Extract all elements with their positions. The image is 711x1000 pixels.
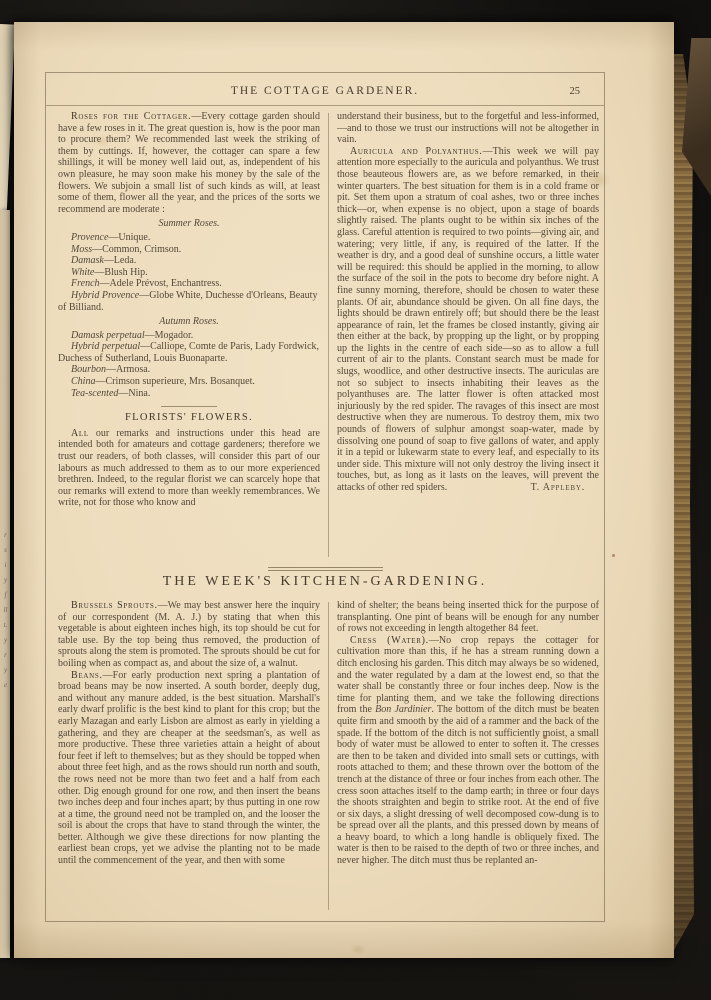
article-roses-for-the-cottager: Roses for the Cottager.—Every cottage ga… — [58, 111, 320, 215]
article-separator-rule — [161, 406, 217, 407]
article-auricula-and-polyanthus: Auricula and Polyanthus.—This week we wi… — [337, 146, 599, 494]
page-border-frame: THE COTTAGE GARDENER. 25 Roses for the C… — [45, 72, 605, 922]
journal-title: THE COTTAGE GARDENER. — [46, 85, 604, 97]
article-beans: Beans.—For early production next spring … — [58, 670, 320, 867]
article-continuation: understand their business, but to the fo… — [337, 111, 599, 146]
page-number: 25 — [570, 86, 581, 97]
article-body: —For early production next spring a plan… — [58, 670, 320, 867]
kitchen-gardening-heading: THE WEEK'S KITCHEN-GARDENING. — [46, 574, 604, 590]
column-divider-rule — [328, 602, 329, 910]
list-item: China—Crimson superieure, Mrs. Bosanquet… — [58, 376, 320, 388]
two-column-section-bottom: Brussels Sprouts.—We may best answer her… — [46, 598, 604, 914]
article-body: —Every cottage garden should have a few … — [58, 111, 320, 215]
section-divider-double-rule — [268, 567, 383, 571]
autumn-roses-list: Damask perpetual—Mogador. Hybrid perpetu… — [58, 330, 320, 400]
list-item: Moss—Common, Crimson. — [58, 244, 320, 256]
article-lead-in: Roses for the Cottager. — [71, 111, 191, 122]
summer-roses-heading: Summer Roses. — [58, 218, 320, 230]
list-item: Provence—Unique. — [58, 232, 320, 244]
paper-speck — [612, 554, 615, 557]
book-title-reference: Bon Jardinier — [375, 704, 431, 715]
list-item: Hybrid perpetual—Calliope, Comte de Pari… — [58, 341, 320, 364]
book-page: THE COTTAGE GARDENER. 25 Roses for the C… — [14, 22, 674, 958]
running-head: THE COTTAGE GARDENER. 25 — [46, 85, 604, 102]
list-item: Damask perpetual—Mogador. — [58, 330, 320, 342]
article-body: . The bottom of the ditch must be beaten… — [337, 704, 599, 866]
article-continuation: kind of shelter; the beans being inserte… — [337, 600, 599, 635]
article-body: —This week we will pay attention more es… — [337, 146, 599, 493]
article-lead-in: Cress (Water). — [350, 635, 429, 646]
article-brussels-sprouts: Brussels Sprouts.—We may best answer her… — [58, 600, 320, 670]
article-body: —No crop repays the cottager for cultiva… — [337, 635, 599, 716]
autumn-roses-heading: Autumn Roses. — [58, 316, 320, 328]
article-lead-in: Brussels Sprouts. — [71, 600, 158, 611]
article-cress-water: Cress (Water).—No crop repays the cottag… — [337, 635, 599, 867]
right-column: understand their business, but to the fo… — [337, 111, 599, 561]
article-lead-in: All — [71, 428, 89, 439]
adjacent-page-text-fragments: r s i y f ll t. y r y e — [1, 528, 10, 693]
list-item: Tea-scented—Nina. — [58, 388, 320, 400]
list-item: Damask—Leda. — [58, 255, 320, 267]
paper-stain — [350, 944, 366, 955]
article-lead-in: Auricula and Polyanthus. — [350, 146, 483, 157]
right-column-bottom: kind of shelter; the beans being inserte… — [337, 600, 599, 914]
article-florists-flowers: All our remarks and instructions under t… — [58, 428, 320, 509]
list-item: Bourbon—Armosa. — [58, 364, 320, 376]
article-body: our remarks and instructions under this … — [58, 428, 320, 509]
article-lead-in: Beans. — [71, 670, 103, 681]
column-divider-rule — [328, 113, 329, 557]
two-column-section-top: Roses for the Cottager.—Every cottage ga… — [46, 106, 604, 561]
summer-roses-list: Provence—Unique. Moss—Common, Crimson. D… — [58, 232, 320, 313]
florists-flowers-heading: FLORISTS' FLOWERS. — [58, 412, 320, 424]
left-column-bottom: Brussels Sprouts.—We may best answer her… — [58, 600, 320, 914]
left-column: Roses for the Cottager.—Every cottage ga… — [58, 111, 320, 561]
list-item: White—Blush Hip. — [58, 267, 320, 279]
list-item: French—Adele Prévost, Enchantress. — [58, 278, 320, 290]
list-item: Hybrid Provence—Globe White, Duchesse d'… — [58, 290, 320, 313]
